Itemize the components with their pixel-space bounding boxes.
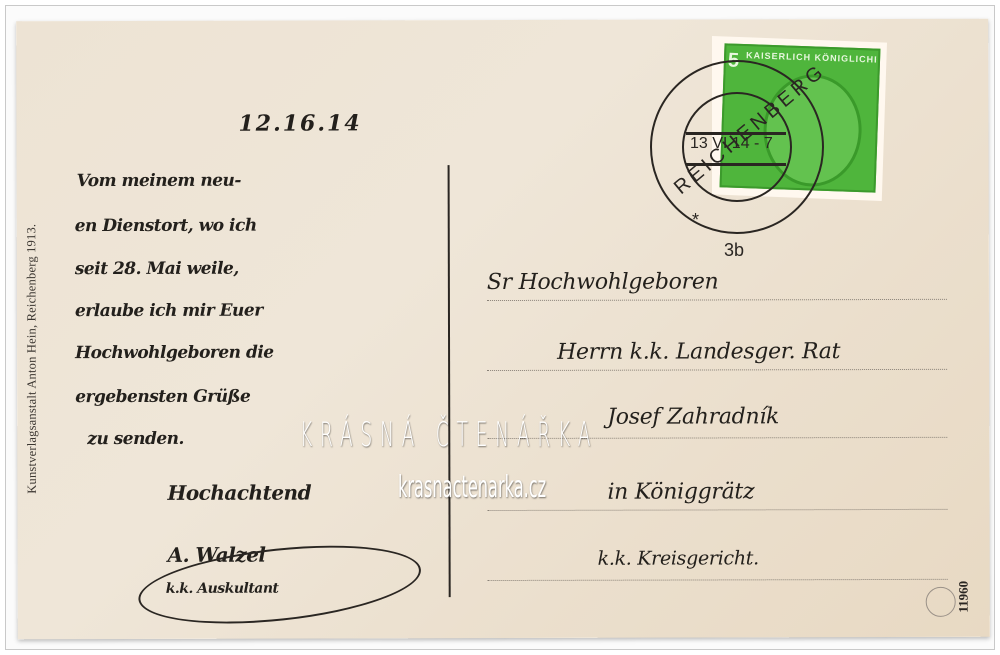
message-line: erlaube ich mir Euer: [75, 301, 263, 321]
address-dotted-line: [487, 299, 947, 301]
publisher-imprint: Kunstverlagsanstalt Anton Hein, Reichenb…: [24, 139, 40, 579]
message-line: ergebensten Grüße: [75, 387, 250, 407]
watermark-url: krasnactenarka.cz: [398, 470, 546, 505]
address-dotted-line: [487, 509, 947, 511]
address-line: Herrn k.k. Landesger. Rat: [557, 339, 840, 365]
message-line: Hochwohlgeboren die: [75, 343, 274, 364]
address-dotted-line: [487, 369, 947, 371]
message-closing: Hochachtend: [167, 481, 311, 505]
postmark: REICHENBERG 13 VI 14 - 7 * 3b: [650, 60, 824, 234]
message-line: en Dienstort, wo ich: [75, 216, 257, 236]
message-line: seit 28. Mai weile,: [75, 259, 239, 279]
address-dotted-line: [488, 579, 948, 581]
address-line: k.k. Kreisgericht.: [598, 547, 759, 569]
message-date: 12.16.14: [238, 110, 361, 136]
message-line: zu senden.: [87, 429, 184, 449]
center-divider: [448, 165, 451, 597]
address-line: Sr Hochwohlgeboren: [487, 269, 719, 295]
message-line: Vom meinem neu-: [77, 171, 241, 191]
address-line: in Königgrätz: [607, 479, 754, 504]
serial-number: 11960: [956, 581, 972, 613]
postmark-code: 3b: [724, 240, 744, 261]
postmark-date: 13 VI 14 - 7: [690, 135, 773, 153]
postmark-star: *: [692, 210, 699, 231]
watermark-title: KRÁSNÁ ČTENÁŘKA: [300, 415, 795, 455]
pencil-circle-mark: [926, 587, 956, 617]
